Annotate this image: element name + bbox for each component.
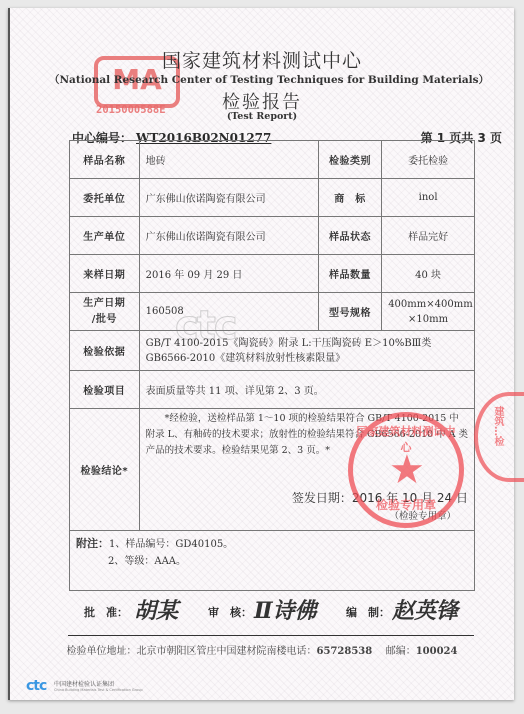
field-label: 生产日期 /批号 — [70, 293, 140, 331]
star-icon: ★ — [389, 447, 425, 493]
items-value: 表面质量等共 11 项、详见第 2、3 页。 — [139, 371, 474, 409]
table-row: 检验项目 表面质量等共 11 项、详见第 2、3 页。 — [70, 371, 475, 409]
note-item: 1、样品编号：GD40105。 — [109, 539, 233, 550]
field-label: 样品状态 — [318, 217, 381, 255]
ctc-logo-icon: ctc — [26, 678, 46, 694]
field-label: 商 标 — [318, 179, 381, 217]
signature-row: 批 准： 胡某 审 核： Ⅱ诗佛 编 制： 赵英锋 — [70, 592, 480, 632]
seal-bottom-text: 检验专用章 — [353, 496, 459, 513]
items-label: 检验项目 — [70, 371, 140, 409]
field-value: 2016 年 09 月 29 日 — [139, 255, 318, 293]
table-row: 检验依据 GB/T 4100-2015《陶瓷砖》附录 L:干压陶瓷砖 E＞10%… — [70, 331, 475, 371]
review-signature: Ⅱ诗佛 — [254, 594, 317, 625]
field-label: 检验类别 — [318, 141, 381, 179]
basis-label: 检验依据 — [70, 331, 140, 371]
field-value: 400mm×400mm ×10mm — [382, 293, 475, 331]
phone-number: 65728538 — [317, 646, 373, 657]
basis-line: GB/T 4100-2015《陶瓷砖》附录 L:干压陶瓷砖 E＞10%BⅢ类 — [146, 336, 468, 351]
postcode-label: 邮编： — [386, 646, 416, 657]
table-row: 来样日期 2016 年 09 月 29 日 样品数量 40 块 — [70, 255, 475, 293]
field-value: 地砖 — [139, 141, 318, 179]
field-label: 委托单位 — [70, 179, 140, 217]
field-value: 160508 — [139, 293, 318, 331]
approve-signature: 胡某 — [134, 594, 178, 625]
note-item: 2、等级：AAA。 — [108, 556, 186, 567]
notes-label: 附注： — [76, 537, 109, 550]
basis-value: GB/T 4100-2015《陶瓷砖》附录 L:干压陶瓷砖 E＞10%BⅢ类 G… — [139, 331, 474, 371]
table-row: 生产日期 /批号 160508 型号规格 400mm×400mm ×10mm — [70, 293, 475, 331]
approve-label: 批 准： — [84, 604, 128, 620]
notes-cell: 附注：1、样品编号：GD40105。 2、等级：AAA。 — [70, 531, 475, 591]
postcode: 100024 — [416, 646, 458, 657]
ctc-group-name-en: China Building Materials Test & Certific… — [54, 688, 143, 692]
field-label: 样品名称 — [70, 141, 140, 179]
review-label: 审 核： — [208, 604, 252, 620]
compile-label: 编 制： — [346, 604, 390, 620]
ctc-group-name: 中国建材检验认证集团 — [54, 679, 114, 688]
org-title-en: （National Research Center of Testing Tec… — [10, 72, 514, 87]
inspection-seal-stamp: 国家建筑材料测试中心 ★ 检验专用章 — [348, 412, 464, 528]
address-label: 检验单位地址：北京市朝阳区管庄中国建材院南楼电话： — [67, 646, 317, 657]
report-title-en: (Test Report) — [10, 111, 514, 122]
footer-divider — [68, 635, 474, 636]
side-seal-text: 建筑…检 — [490, 406, 505, 446]
conclusion-label: 检验结论* — [70, 409, 140, 531]
field-value: 广东佛山依诺陶瓷有限公司 — [139, 179, 318, 217]
table-row: 委托单位 广东佛山依诺陶瓷有限公司 商 标 inol — [70, 179, 475, 217]
basis-line: GB6566-2010《建筑材料放射性核素限量》 — [146, 351, 468, 366]
field-value: inol — [382, 179, 475, 217]
compile-signature: 赵英锋 — [392, 594, 458, 625]
field-value: 样品完好 — [382, 217, 475, 255]
table-row: 生产单位 广东佛山依诺陶瓷有限公司 样品状态 样品完好 — [70, 217, 475, 255]
address-line: 检验单位地址：北京市朝阳区管庄中国建材院南楼电话：65728538 邮编：100… — [0, 642, 524, 657]
field-label: 生产单位 — [70, 217, 140, 255]
org-title-cn: 国家建筑材料测试中心 — [10, 46, 514, 73]
field-value: 委托检验 — [382, 141, 475, 179]
field-label: 型号规格 — [318, 293, 381, 331]
field-value: 广东佛山依诺陶瓷有限公司 — [139, 217, 318, 255]
table-row: 样品名称 地砖 检验类别 委托检验 — [70, 141, 475, 179]
field-label: 样品数量 — [318, 255, 381, 293]
table-row: 附注：1、样品编号：GD40105。 2、等级：AAA。 — [70, 531, 475, 591]
field-label: 来样日期 — [70, 255, 140, 293]
field-value: 40 块 — [382, 255, 475, 293]
